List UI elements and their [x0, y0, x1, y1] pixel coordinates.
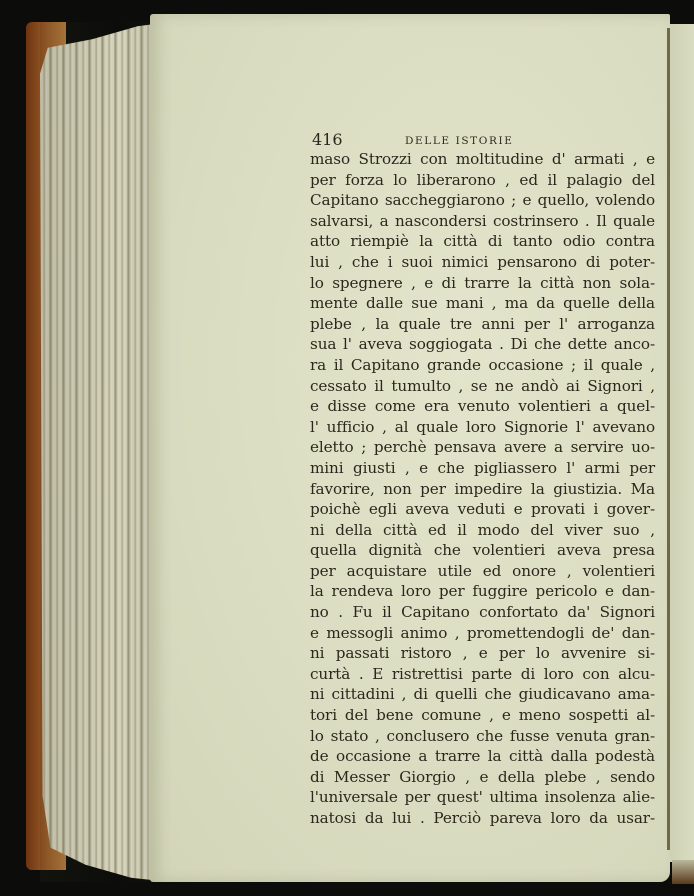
- text-line: tori del bene comune , e meno sospetti a…: [310, 705, 655, 726]
- text-line: lui , che i suoi nimici pensarono di pot…: [310, 252, 655, 273]
- page-number: 416: [312, 130, 343, 149]
- text-line: e disse come era venuto volentieri a que…: [310, 396, 655, 417]
- text-line: salvarsi, a nascondersi costrinsero . Il…: [310, 211, 655, 232]
- running-head-title: DELLE ISTORIE: [405, 135, 514, 147]
- text-line: mini giusti , e che pigliassero l' armi …: [310, 458, 655, 479]
- text-line: lo stato , conclusero che fusse venuta g…: [310, 726, 655, 747]
- text-line: no . Fu il Capitano confortato da' Signo…: [310, 602, 655, 623]
- text-line: eletto ; perchè pensava avere a servire …: [310, 437, 655, 458]
- body-text: maso Strozzi con moltitudine d' armati ,…: [310, 149, 655, 829]
- text-line: per acquistare utile ed onore , volentie…: [310, 561, 655, 582]
- text-line: cessato il tumulto , se ne andò ai Signo…: [310, 376, 655, 397]
- text-line: favorire, non per impedire la giustizia.…: [310, 479, 655, 500]
- text-line: lo spegnere , e di trarre la città non s…: [310, 273, 655, 294]
- text-line: e messogli animo , promettendogli de' da…: [310, 623, 655, 644]
- text-line: la rendeva loro per fuggire pericolo e d…: [310, 581, 655, 602]
- running-head: 416 DELLE ISTORIE: [310, 133, 655, 149]
- text-line: curtà . E ristrettisi parte di loro con …: [310, 664, 655, 685]
- text-line: ni della città ed il modo del viver suo …: [310, 520, 655, 541]
- page-gutter: [667, 28, 670, 850]
- facing-page-corner: [672, 860, 694, 884]
- text-line: quella dignità che volentieri aveva pres…: [310, 540, 655, 561]
- page-text-block: 416 DELLE ISTORIE maso Strozzi con molti…: [310, 133, 655, 829]
- text-line: ra il Capitano grande occasione ; il qua…: [310, 355, 655, 376]
- text-line: l'universale per quest' ultima insolenza…: [310, 787, 655, 808]
- facing-page-edge: [670, 24, 694, 862]
- text-line: ni cittadini , di quelli che giudicavano…: [310, 684, 655, 705]
- text-line: natosi da lui . Perciò pareva loro da us…: [310, 808, 655, 829]
- text-line: poichè egli aveva veduti e provati i gov…: [310, 499, 655, 520]
- text-line: Capitano saccheggiarono ; e quello, vole…: [310, 190, 655, 211]
- text-line: di Messer Giorgio , e della plebe , send…: [310, 767, 655, 788]
- text-line: l' ufficio , al quale loro Signorie l' a…: [310, 417, 655, 438]
- text-line: sua l' aveva soggiogata . Di che dette a…: [310, 334, 655, 355]
- text-line: ni passati ristoro , e per lo avvenire s…: [310, 643, 655, 664]
- text-line: de occasione a trarre la città dalla pod…: [310, 746, 655, 767]
- text-line: per forza lo liberarono , ed il palagio …: [310, 170, 655, 191]
- text-line: maso Strozzi con moltitudine d' armati ,…: [310, 149, 655, 170]
- text-line: plebe , la quale tre anni per l' arrogan…: [310, 314, 655, 335]
- text-line: atto riempiè la città di tanto odio cont…: [310, 231, 655, 252]
- text-line: mente dalle sue mani , ma da quelle dell…: [310, 293, 655, 314]
